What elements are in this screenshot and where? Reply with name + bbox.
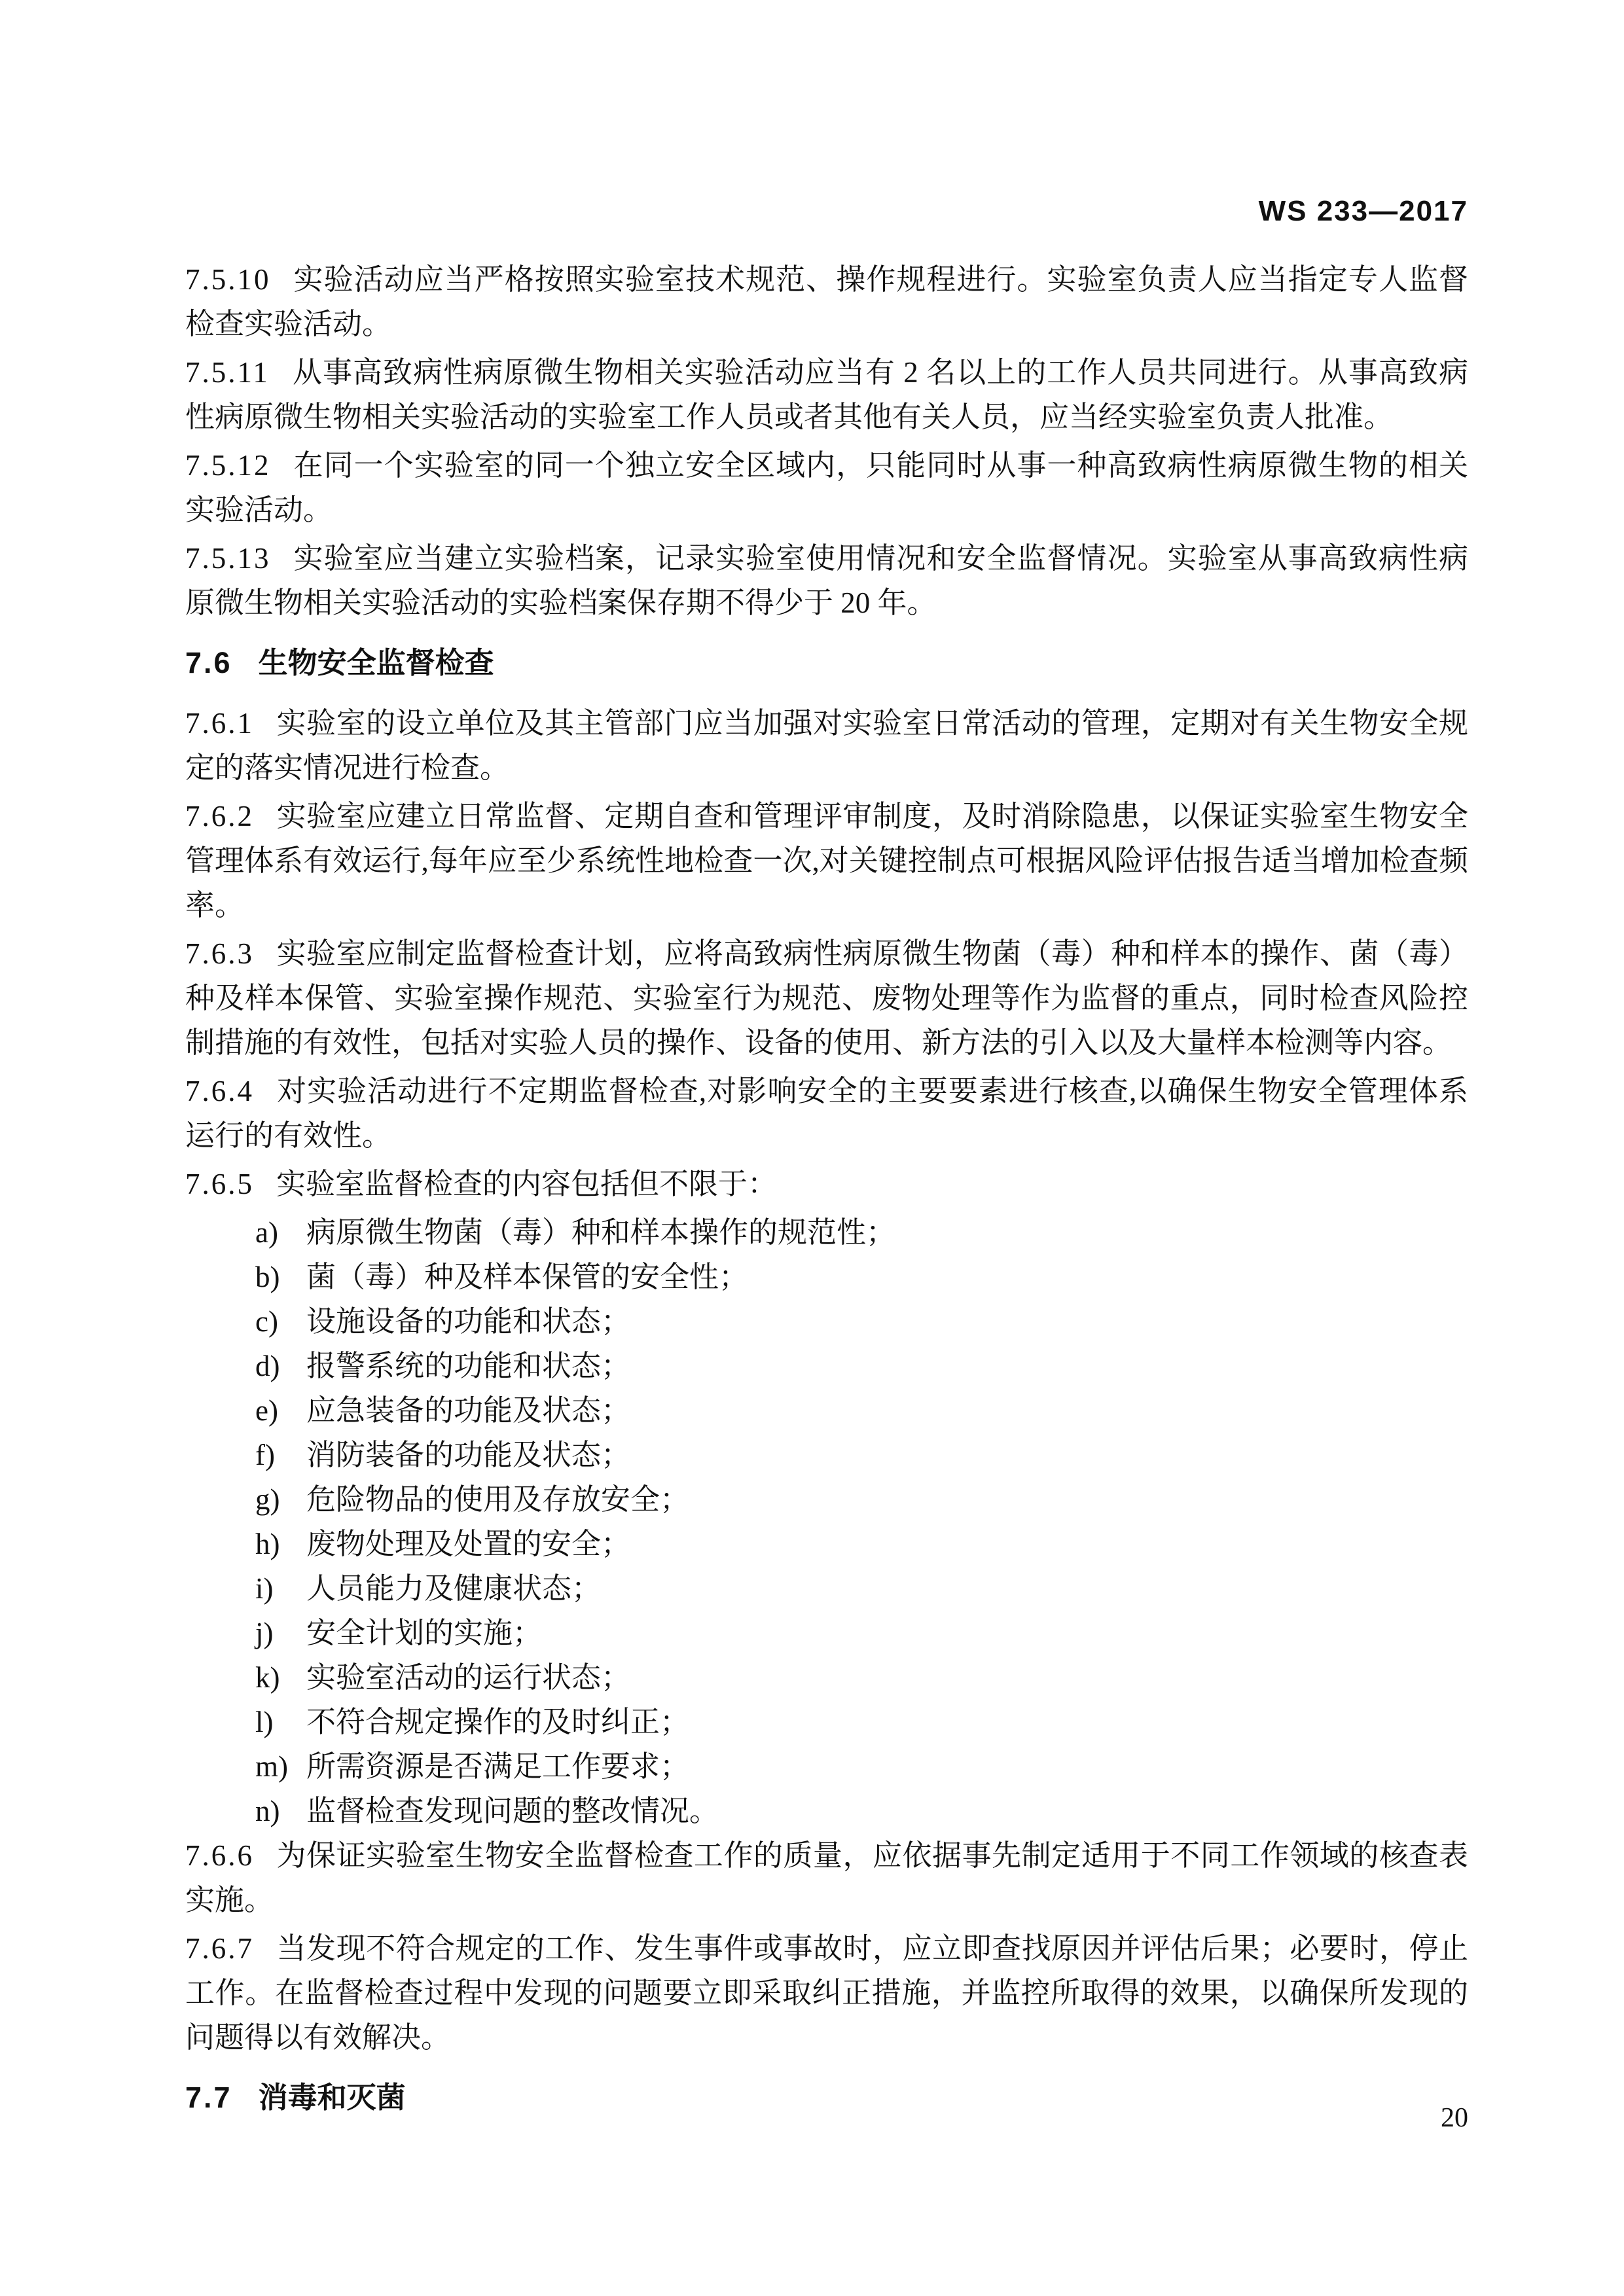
clause-paragraph: 7.5.12在同一个实验室的同一个独立安全区域内，只能同时从事一种高致病性病原微… <box>185 443 1468 532</box>
section-heading: 7.6生物安全监督检查 <box>185 641 1468 685</box>
list-item-letter: m) <box>255 1744 306 1789</box>
list-item-text: 废物处理及处置的安全； <box>306 1528 630 1560</box>
document-page: WS 233—2017 7.5.10实验活动应当严格按照实验室技术规范、操作规程… <box>0 0 1624 2296</box>
clause-number: 7.6.2 <box>185 800 254 833</box>
list-item-text: 菌（毒）种及样本保管的安全性； <box>306 1261 748 1293</box>
clause-number: 7.6.1 <box>185 707 254 740</box>
list-item: c)设施设备的功能和状态； <box>185 1299 1468 1344</box>
list-item-text: 监督检查发现问题的整改情况。 <box>306 1795 719 1827</box>
clause-paragraph: 7.6.4对实验活动进行不定期监督检查,对影响安全的主要要素进行核查,以确保生物… <box>185 1069 1468 1158</box>
list-item: d)报警系统的功能和状态； <box>185 1344 1468 1388</box>
clause-number: 7.5.10 <box>185 263 271 296</box>
list-item: h)废物处理及处置的安全； <box>185 1522 1468 1566</box>
section-number: 7.6 <box>185 646 232 679</box>
document-body: 7.5.10实验活动应当严格按照实验室技术规范、操作规程进行。实验室负责人应当指… <box>185 257 1468 2136</box>
clause-text: 实验活动应当严格按照实验室技术规范、操作规程进行。实验室负责人应当指定专人监督检… <box>185 263 1468 340</box>
list-item-text: 设施设备的功能和状态； <box>306 1305 630 1338</box>
clause-text: 实验室应当建立实验档案，记录实验室使用情况和安全监督情况。实验室从事高致病性病原… <box>185 542 1468 619</box>
clause-text: 实验室应建立日常监督、定期自查和管理评审制度，及时消除隐患，以保证实验室生物安全… <box>185 800 1468 922</box>
clause-text: 当发现不符合规定的工作、发生事件或事故时，应立即查找原因并评估后果；必要时，停止… <box>185 1932 1468 2054</box>
clause-paragraph: 7.5.11从事高致病性病原微生物相关实验活动应当有 2 名以上的工作人员共同进… <box>185 350 1468 439</box>
list-item-text: 安全计划的实施； <box>306 1617 542 1649</box>
clause-text: 实验室应制定监督检查计划，应将高致病性病原微生物菌（毒）种和样本的操作、菌（毒）… <box>185 937 1468 1059</box>
list-item-text: 人员能力及健康状态； <box>306 1572 601 1605</box>
list-item: g)危险物品的使用及存放安全； <box>185 1477 1468 1522</box>
clause-paragraph: 7.5.13实验室应当建立实验档案，记录实验室使用情况和安全监督情况。实验室从事… <box>185 536 1468 625</box>
list-item-letter: b) <box>255 1255 306 1299</box>
clause-number: 7.5.12 <box>185 449 271 482</box>
clause-number: 7.6.6 <box>185 1839 254 1872</box>
list-item-text: 危险物品的使用及存放安全； <box>306 1483 689 1516</box>
section-title: 生物安全监督检查 <box>259 646 494 679</box>
list-item: n)监督检查发现问题的整改情况。 <box>185 1789 1468 1833</box>
list-item: a)病原微生物菌（毒）种和样本操作的规范性； <box>185 1210 1468 1255</box>
list-item-letter: c) <box>255 1299 306 1344</box>
clause-paragraph: 7.6.2实验室应建立日常监督、定期自查和管理评审制度，及时消除隐患，以保证实验… <box>185 794 1468 927</box>
list-item-text: 病原微生物菌（毒）种和样本操作的规范性； <box>306 1216 895 1249</box>
list-item: e)应急装备的功能及状态； <box>185 1388 1468 1433</box>
list-item-text: 所需资源是否满足工作要求； <box>306 1750 689 1783</box>
list-item: i)人员能力及健康状态； <box>185 1566 1468 1611</box>
list-item: f)消防装备的功能及状态； <box>185 1433 1468 1477</box>
clause-text: 在同一个实验室的同一个独立安全区域内，只能同时从事一种高致病性病原微生物的相关实… <box>185 449 1468 526</box>
clause-number: 7.5.13 <box>185 542 271 575</box>
clause-text: 为保证实验室生物安全监督检查工作的质量，应依据事先制定适用于不同工作领域的核查表… <box>185 1839 1468 1916</box>
list-item: b)菌（毒）种及样本保管的安全性； <box>185 1255 1468 1299</box>
clause-paragraph: 7.5.10实验活动应当严格按照实验室技术规范、操作规程进行。实验室负责人应当指… <box>185 257 1468 346</box>
clause-number: 7.6.4 <box>185 1075 254 1107</box>
list-item-letter: e) <box>255 1388 306 1433</box>
list-item: j)安全计划的实施； <box>185 1611 1468 1655</box>
list-item-letter: j) <box>255 1611 306 1655</box>
clause-paragraph: 7.6.7当发现不符合规定的工作、发生事件或事故时，应立即查找原因并评估后果；必… <box>185 1926 1468 2060</box>
clause-number: 7.6.5 <box>185 1168 254 1200</box>
list-item-letter: k) <box>255 1655 306 1700</box>
clause-text: 实验室的设立单位及其主管部门应当加强对实验室日常活动的管理，定期对有关生物安全规… <box>185 707 1468 784</box>
section-title: 消毒和灭菌 <box>259 2081 406 2114</box>
page-number: 20 <box>1441 2102 1468 2134</box>
list-item-letter: a) <box>255 1210 306 1255</box>
section-heading: 7.7消毒和灭菌 <box>185 2075 1468 2120</box>
clause-text: 从事高致病性病原微生物相关实验活动应当有 2 名以上的工作人员共同进行。从事高致… <box>185 356 1468 433</box>
list-item: k)实验室活动的运行状态； <box>185 1655 1468 1700</box>
section-number: 7.7 <box>185 2081 232 2114</box>
clause-text: 实验室监督检查的内容包括但不限于： <box>276 1168 777 1200</box>
list-item-text: 消防装备的功能及状态； <box>306 1439 630 1471</box>
list-item-text: 报警系统的功能和状态； <box>306 1350 630 1382</box>
clause-number: 7.6.3 <box>185 937 254 970</box>
doc-code-header: WS 233—2017 <box>185 195 1468 228</box>
list-item-letter: l) <box>255 1700 306 1744</box>
list-item-text: 实验室活动的运行状态； <box>306 1661 630 1694</box>
clause-text: 对实验活动进行不定期监督检查,对影响安全的主要要素进行核查,以确保生物安全管理体… <box>185 1075 1468 1152</box>
list-item-letter: h) <box>255 1522 306 1566</box>
list-item: m)所需资源是否满足工作要求； <box>185 1744 1468 1789</box>
clause-number: 7.6.7 <box>185 1932 254 1965</box>
clause-paragraph: 7.6.5实验室监督检查的内容包括但不限于： <box>185 1162 1468 1206</box>
list-item-text: 不符合规定操作的及时纠正； <box>306 1706 689 1738</box>
list-item-letter: d) <box>255 1344 306 1388</box>
list-item: l)不符合规定操作的及时纠正； <box>185 1700 1468 1744</box>
clause-number: 7.5.11 <box>185 356 270 389</box>
list-item-letter: n) <box>255 1789 306 1833</box>
list-item-letter: f) <box>255 1433 306 1477</box>
list-item-text: 应急装备的功能及状态； <box>306 1394 630 1427</box>
clause-paragraph: 7.6.6为保证实验室生物安全监督检查工作的质量，应依据事先制定适用于不同工作领… <box>185 1833 1468 1922</box>
list-item-letter: g) <box>255 1477 306 1522</box>
clause-paragraph: 7.6.1实验室的设立单位及其主管部门应当加强对实验室日常活动的管理，定期对有关… <box>185 701 1468 790</box>
clause-paragraph: 7.6.3实验室应制定监督检查计划，应将高致病性病原微生物菌（毒）种和样本的操作… <box>185 931 1468 1065</box>
list-item-letter: i) <box>255 1566 306 1611</box>
